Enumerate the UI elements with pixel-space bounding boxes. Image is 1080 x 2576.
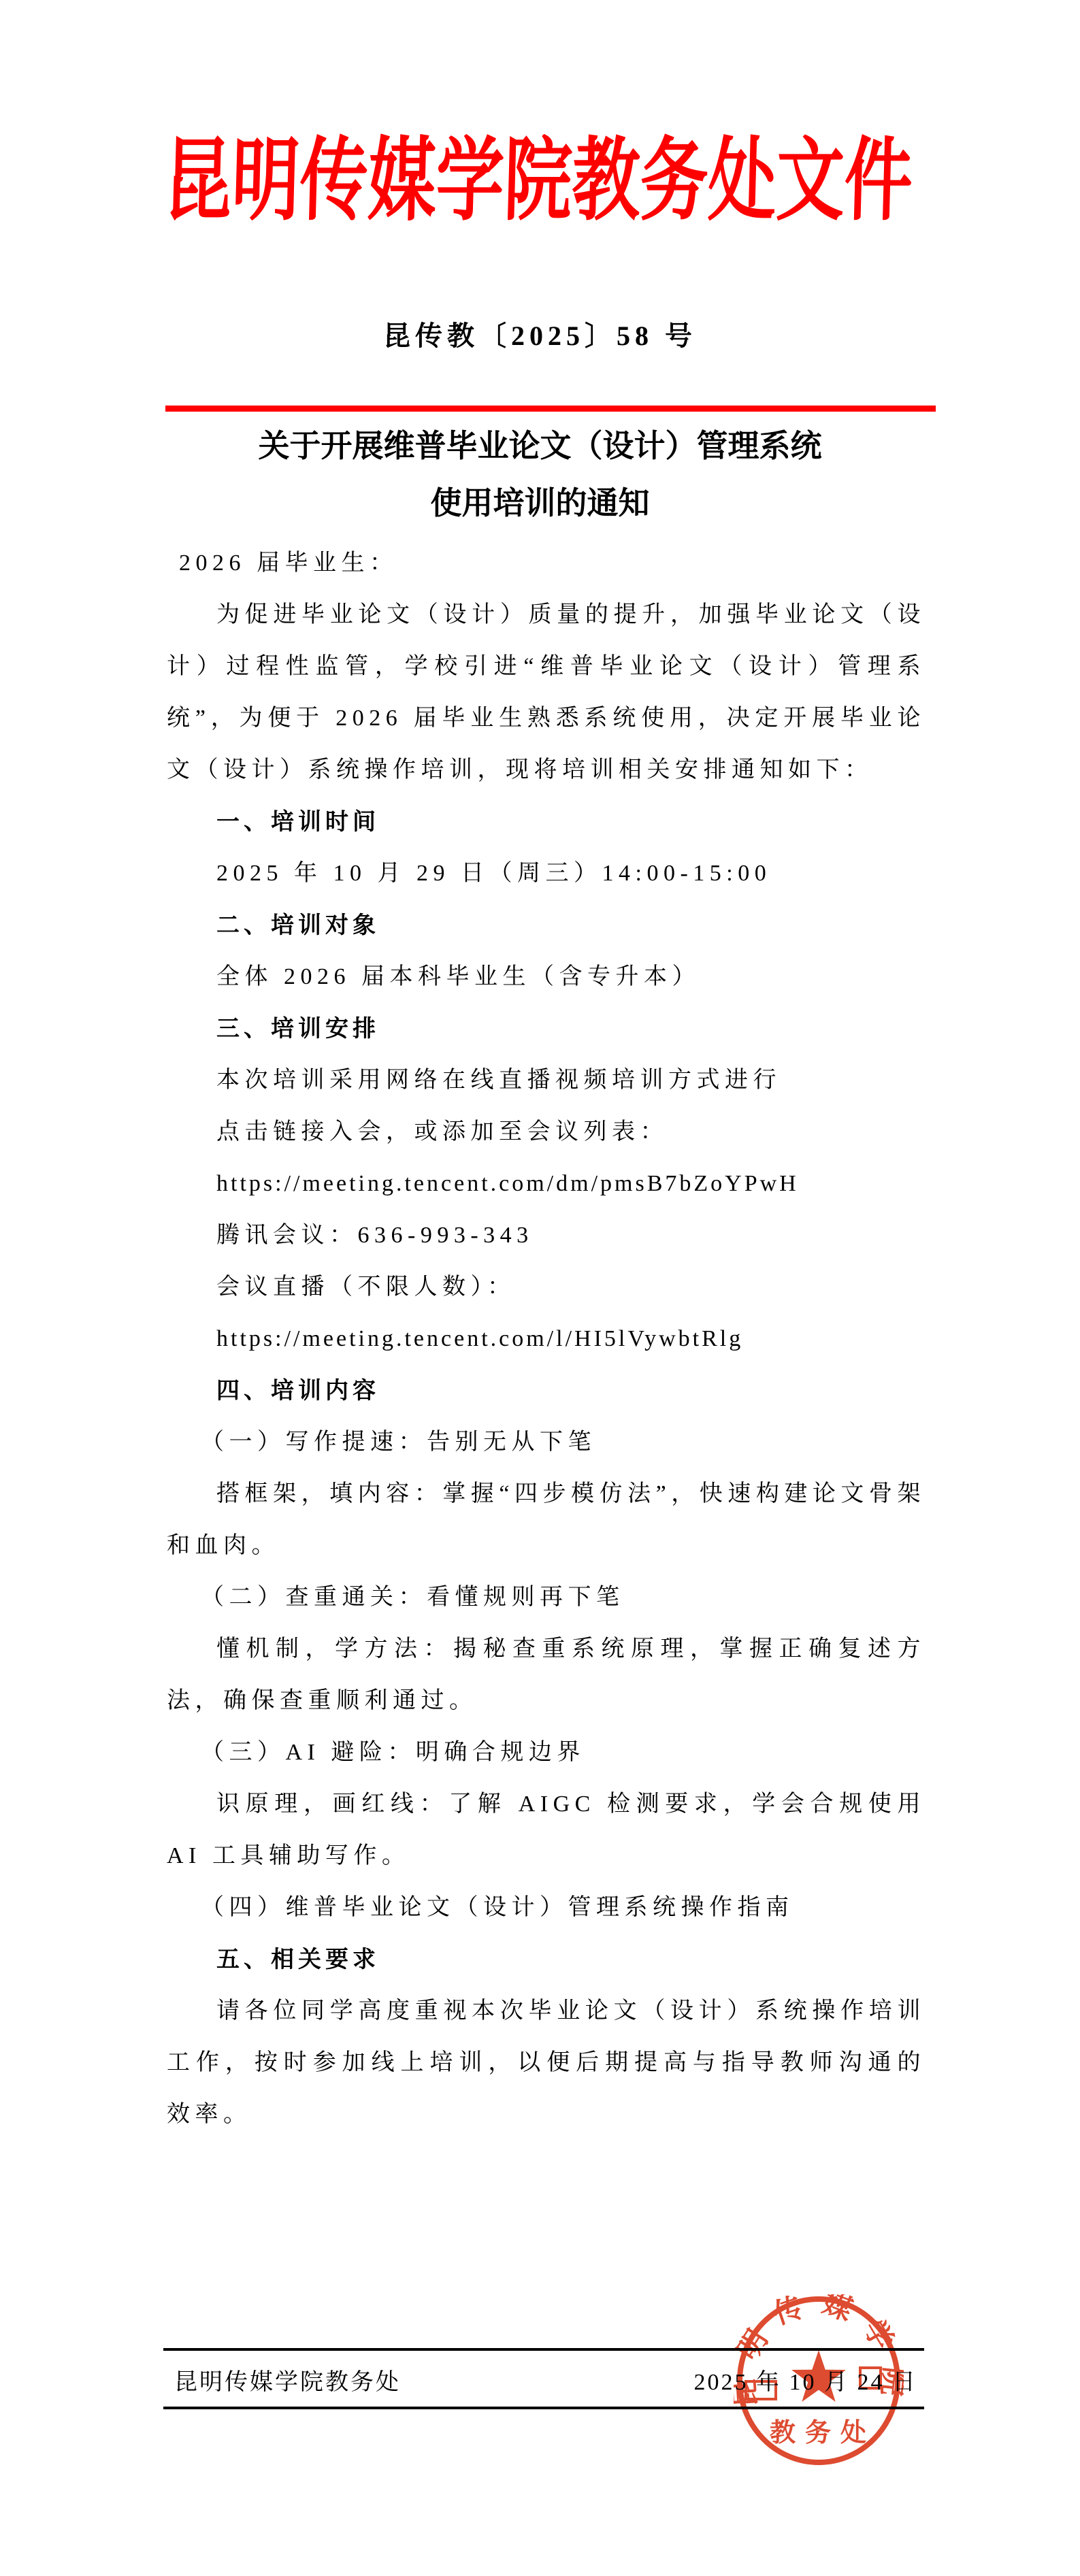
body-line: 四、培训内容 — [167, 1365, 926, 1417]
body-line: 三、培训安排 — [167, 1003, 926, 1055]
body-line: （一）写作提速：告别无从下笔 — [167, 1417, 926, 1468]
body-line: 请各位同学高度重视本次毕业论文（设计）系统操作培训工作，按时参加线上培训，以便后… — [167, 1985, 926, 2141]
body-line: 腾讯会议：636-993-343 — [167, 1210, 926, 1261]
body-line: （四）维普毕业论文（设计）管理系统操作指南 — [167, 1882, 926, 1934]
body-line: 一、培训时间 — [167, 796, 926, 848]
letterhead-red-rule — [165, 406, 936, 412]
star-icon — [791, 2350, 846, 2402]
official-seal: 昆明传媒学院 教务处 — [734, 2294, 904, 2468]
body-line: （三）AI 避险：明确合规边界 — [167, 1727, 926, 1779]
doc-title-line1: 关于开展维普毕业论文（设计）管理系统 — [0, 418, 1080, 475]
seal-center-text: 教务处 — [770, 2419, 876, 2447]
document-body: 2026 届毕业生：为促进毕业论文（设计）质量的提升，加强毕业论文（设计）过程性… — [167, 538, 926, 2141]
body-line: https://meeting.tencent.com/dm/pmsB7bZoY… — [167, 1158, 926, 1210]
body-line: https://meeting.tencent.com/l/HI5lVywbtR… — [167, 1313, 926, 1365]
body-line: 本次培训采用网络在线直播视频培训方式进行 — [167, 1055, 926, 1106]
body-line: 会议直播（不限人数）： — [167, 1261, 926, 1313]
doc-number: 昆传教〔2025〕58 号 — [0, 314, 1080, 353]
body-line: 识原理，画红线：了解 AIGC 检测要求，学会合规使用 AI 工具辅助写作。 — [167, 1779, 926, 1882]
body-line: 全体 2026 届本科毕业生（含专升本） — [167, 951, 926, 1003]
letterhead-org-title: 昆明传媒学院教务处文件 — [0, 108, 1080, 238]
doc-title-line2: 使用培训的通知 — [0, 475, 1080, 532]
body-line: 懂机制，学方法：揭秘查重系统原理，掌握正确复述方法，确保查重顺利通过。 — [167, 1623, 926, 1727]
footer-issuer: 昆明传媒学院教务处 — [174, 2363, 401, 2396]
body-line: （二）查重通关：看懂规则再下笔 — [167, 1572, 926, 1623]
body-line: 2025 年 10 月 29 日（周三）14:00-15:00 — [167, 848, 926, 899]
body-line: 二、培训对象 — [167, 899, 926, 951]
body-line: 为促进毕业论文（设计）质量的提升，加强毕业论文（设计）过程性监管，学校引进“维普… — [167, 589, 926, 796]
document-page: 昆明传媒学院教务处文件 昆传教〔2025〕58 号 关于开展维普毕业论文（设计）… — [0, 0, 1080, 2576]
body-line: 2026 届毕业生： — [167, 538, 926, 589]
body-line: 搭框架，填内容：掌握“四步模仿法”，快速构建论文骨架和血肉。 — [167, 1468, 926, 1572]
body-line: 点击链接入会，或添加至会议列表： — [167, 1106, 926, 1158]
doc-title: 关于开展维普毕业论文（设计）管理系统 使用培训的通知 — [0, 418, 1080, 532]
body-line: 五、相关要求 — [167, 1934, 926, 1985]
